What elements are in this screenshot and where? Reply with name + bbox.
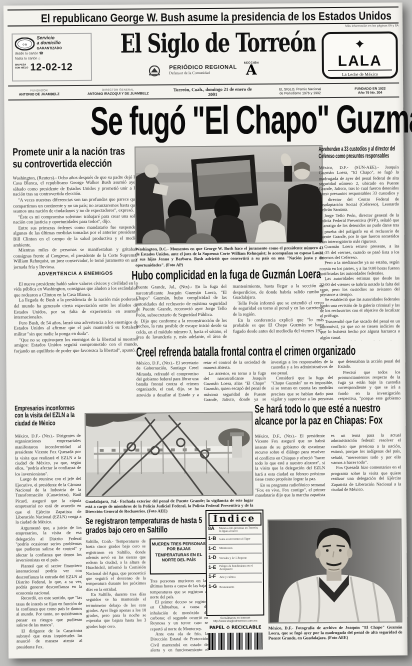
edition-date: Torreón, Coah., domingo 21 de enero de 2… [166,86,259,97]
indice-text: Monitoreos [219,547,232,551]
ad-phone-number: 12-02-12 [30,62,73,73]
ad-item-2: hasta tu cartón ⌂ [15,56,89,61]
story-hubo-body: Puente Grande, Jal., (Ntx).- En la fuga … [136,283,324,340]
newspaper-tagline: Defensor de la Comunidad [169,71,237,76]
indice-text: Peligro de hundimiento en el Aeropuerto [219,564,261,571]
indice-footer: Consúltanos en Internet http://www.elsig… [206,617,264,624]
paragraph: Luego de reunirse con el jefe del Ejecut… [15,476,81,525]
story-fox-headline: Se hará todo lo que esté a nuestro alcan… [255,402,401,427]
paragraph: El primer deceso se registró en Chihuahu… [150,599,208,631]
paragraph: México, D.F.- (Ntx).- Dirigentes de orga… [15,433,81,477]
paragraph: Tres personas murieron en las últimas ho… [150,578,208,600]
inauguration-photo [135,145,324,244]
paragraph: Planteó que el sector financiero interna… [16,563,82,596]
indice-entry: 1-E Peligro de hundimiento en el Aeropue… [208,563,261,573]
indice-page: 1-G [209,585,218,590]
paragraph: El dirigente de la Canacintra subrayó qu… [16,628,82,650]
director-name: ANTONIO IRAZOQUI Y DE JUAMBELZ [73,92,163,97]
top-banner: El republicano George W. Bush asume la p… [7,6,398,26]
indice-entry: 1-D Sociales y la G-Reporte [208,554,261,564]
paragraph: El nuevo presidente habló sobre valores … [14,280,138,298]
main-headline: Se fugó "El Chapo" Guzmán [90,98,412,143]
paragraph: El gobierno federal mandará un fuerte op… [320,339,400,341]
recycle-note: PAPEL ♻ RECICLABLE [206,626,264,631]
chapo-photo [267,518,402,623]
banner-headline: El republicano George W. Bush asume la p… [41,11,392,26]
indice-page: 8A [208,527,217,532]
delivery-ad: C·B Servicio a domicilio GARANTIZADO des… [12,33,92,82]
story-saltillo-col1: Saltillo, Coah.- Temperaturas de hasta c… [86,538,147,652]
lala-tagline: La Leche de México [328,70,392,78]
paragraph: Pero a la medianoche ya no estaba, según… [319,260,399,277]
newspaper-title-wrap: El Siglo de Torreón [88,28,318,60]
paragraph: Washington, (Reuters).- Ocho años despué… [13,174,137,197]
ad-service-line3: GARANTIZADO [37,46,62,51]
lala-logo: LALA La Leche de México [322,31,398,79]
indice-entry: 1-C Monitoreos [208,544,261,554]
indice-text: Restaurantes [220,586,235,590]
paragraph: México, D.F., (Ntx).- El presidente Vice… [255,433,325,482]
newspaper-front-page: El republicano George W. Bush asume la p… [3,2,407,658]
story-empresarios-headline: Empresarios inconformes con la visita de… [15,405,81,428]
barcode [208,633,262,650]
lala-splash-icon [353,40,367,49]
story-empresarios: Empresarios inconformes con la visita de… [15,405,83,654]
website-url: http://www.elsiglodetorreon.com.mx [206,620,264,624]
story-saltillo-col2: Tres personas murieron en las últimas ho… [150,578,209,652]
indice-page: 1-E [208,566,217,571]
story-hubo-headline: Hubo complicidad en la fuga de Guzmán Lo… [132,267,321,282]
paragraph: "A veces nuestras diferencias son tan pr… [13,196,137,214]
paragraph: Las autoridades estiman que desde las 22… [320,276,400,298]
svg-text:C·B: C·B [23,43,28,46]
paragraph: Recordó, en este sentido, que "las tasas… [16,595,82,628]
paragraph: Ante esta ola de frío, la Dirección Esta… [150,631,208,652]
indice-title: Índice [208,512,261,525]
photo-caption-chapo: México, D.F.- Fotografía de archivo de J… [268,624,402,645]
newspaper-title: El Siglo de Torreón [120,28,316,60]
crosshead: ADVERTENCIA A ENEMIGOS [14,272,138,279]
story-creel-body: México, D.F., (Ntx).- El secretario de G… [136,358,400,406]
story-saltillo-headline: Se registraron temperaturas de hasta 5 g… [85,516,213,535]
deaths-box: MUEREN TRES PERSONAS POR BAJAS TEMPERATU… [150,538,208,574]
indice-text: Gana su encuentro el Tigre [219,538,250,542]
paragraph: Fox Quesada hizo comentarios en el progr… [331,465,401,493]
paragraph: Se estableció que las autoridades federa… [320,297,400,319]
indice-text: Sociales y la G-Reporte [219,557,247,561]
circulation-badge-icon [147,65,162,76]
paragraph: Jorge Tello Peón, director general de la… [319,212,399,244]
paragraph: Trascendió que fue sacado del penal en u… [320,318,400,340]
indice-text: Matan a tres personas en Torreón; lo lig… [219,526,261,533]
paragraph: Argumentó que, a juicio de los empresari… [16,525,82,563]
paragraph: En Saltillo, durante tres días seguidos … [86,591,146,629]
carta-blanca-logo: C·B [15,37,35,50]
award-line-2: de Periodismo 1976 y 1992 [262,90,338,95]
paragraph: Pero Bush, de 54 años, lanzó una adverte… [14,319,138,337]
paragraph: En la conferencia explicó que "lo más pr… [233,317,324,334]
paragraph: La llegada de Bush a la presidencia de l… [14,297,138,320]
issue-line: Año 79 No. 304 [344,90,396,94]
story-bush: Promete unir a la nación tras su controv… [13,147,139,402]
ad-note-2: CON HIELO [15,68,28,71]
masthead-subrow: PERIÓDICO REGIONAL Defensor de la Comuni… [96,61,310,79]
indice-entry: 1-F Arte y cultura [208,573,261,583]
section-letter: A [244,65,259,78]
main-headline-wrap: Se fugó "El Chapo" Guzmán [8,98,399,143]
indice-page: 1-B [208,537,217,542]
indice-page: 1-C [208,546,217,551]
story-fox-body: México, D.F., (Ntx).- El presidente Vice… [255,432,402,505]
story-bush-subhead: Promete unir a la nación tras su controv… [13,147,137,171]
indice-page: 1-F [208,575,217,580]
story-creel-headline: Creel refrenda batalla frontal contra el… [136,343,356,360]
paragraph: México, D.F.- (SUN-AEE).- Joaquín Guzmán… [319,164,399,212]
paragraph: Entre sus primeras órdenes como mandatar… [13,224,137,247]
photo-caption-bush: Washington, D.C.- Momentos en que George… [135,245,323,267]
paragraph: Tello Peón informó que se extendió el ce… [233,300,324,317]
prison-photo [85,412,254,497]
indice-text: Arte y cultura [219,576,235,580]
paragraph: Mientras miles de personas se manifestab… [13,247,137,270]
paragraph: Saltillo, Coah.- Temperaturas de hasta c… [86,538,146,591]
indice-entry: 8A Matan a tres personas en Torreón; lo … [208,525,261,535]
indice-entry: 1-B Gana su encuentro el Tigre [208,535,261,545]
paragraph: "Que no se equivoquen los enemigos de la… [14,336,138,354]
indice-box: Índice 8A Matan a tres personas en Torre… [205,510,264,616]
indice-entry: 1-G Restaurantes [208,583,261,593]
story-aprehenden-subhead: Aprehenden a 33 custodios y al director … [319,147,399,161]
founder-name: ANTONIO DE JUAMBELZ [11,92,67,96]
lala-name: LALA [324,53,396,69]
indice-page: 1-D [208,556,217,561]
paragraph: Guzmán Loera estuvo presente, a las 21:3… [319,244,399,261]
story-aprehenden: Aprehenden a 33 custodios y al director … [319,144,401,341]
paragraph: Puente Grande, Jal., (Ntx).- En la fuga … [136,284,227,318]
